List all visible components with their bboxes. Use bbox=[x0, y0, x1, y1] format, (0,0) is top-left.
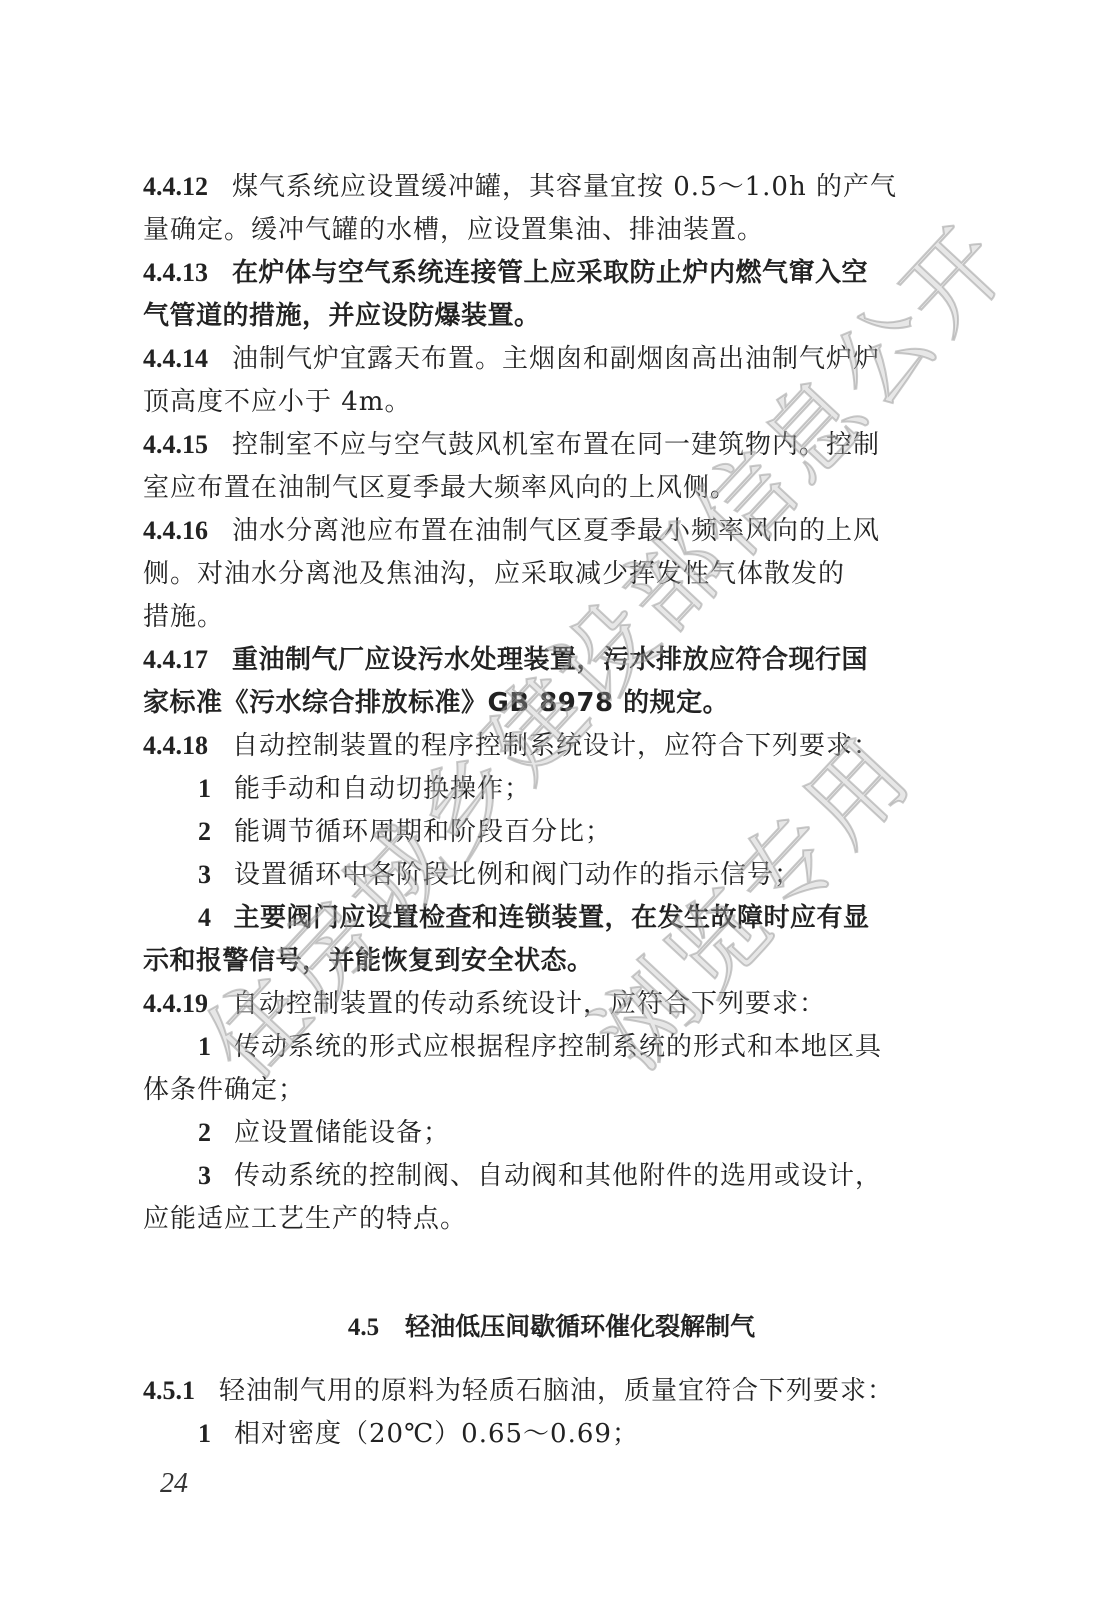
clause-4-4-15-line-1: 4.4.15控制室不应与空气鼓风机室布置在同一建筑物内。控制 bbox=[143, 428, 943, 462]
clause-4-4-18-line-1: 4.4.18自动控制装置的程序控制系统设计，应符合下列要求： bbox=[143, 729, 943, 763]
clause-4-4-17-line-1: 4.4.17重油制气厂应设污水处理装置，污水排放应符合现行国 bbox=[143, 643, 943, 677]
clause-4-5-1-item-1: 1相对密度（20℃）0.65～0.69； bbox=[198, 1417, 998, 1451]
clause-4-4-13-line-2: 气管道的措施，并应设防爆装置。 bbox=[143, 299, 943, 333]
clause-4-4-18-item-2: 2能调节循环周期和阶段百分比； bbox=[198, 815, 998, 849]
clause-4-4-18-item-1: 1能手动和自动切换操作； bbox=[198, 772, 998, 806]
clause-4-4-16-line-2: 侧。对油水分离池及焦油沟，应采取减少挥发性气体散发的 bbox=[143, 557, 943, 591]
clause-4-4-13-line-1: 4.4.13在炉体与空气系统连接管上应采取防止炉内燃气窜入空 bbox=[143, 256, 943, 290]
clause-4-4-16-line-1: 4.4.16油水分离池应布置在油制气区夏季最小频率风向的上风 bbox=[143, 514, 943, 548]
clause-4-4-17-line-2: 家标准《污水综合排放标准》GB 8978 的规定。 bbox=[143, 686, 943, 720]
section-heading: 4.5轻油低压间歇循环催化裂解制气 bbox=[0, 1310, 1103, 1345]
clause-4-4-12-line-2: 量确定。缓冲气罐的水槽，应设置集油、排油装置。 bbox=[143, 213, 943, 247]
clause-4-4-18-item-4-line-1: 4主要阀门应设置检查和连锁装置，在发生故障时应有显 bbox=[198, 901, 998, 935]
clause-4-5-1-line-1: 4.5.1轻油制气用的原料为轻质石脑油，质量宜符合下列要求： bbox=[143, 1374, 943, 1408]
clause-4-4-19-line-1: 4.4.19自动控制装置的传动系统设计，应符合下列要求： bbox=[143, 987, 943, 1021]
page-number: 24 bbox=[160, 1468, 188, 1500]
clause-4-4-19-item-3-line-2: 应能适应工艺生产的特点。 bbox=[143, 1202, 943, 1236]
document-page: 4.4.12煤气系统应设置缓冲罐，其容量宜按 0.5～1.0h 的产气 量确定。… bbox=[0, 0, 1103, 1598]
clause-4-4-14-line-2: 顶高度不应小于 4m。 bbox=[143, 385, 943, 419]
clause-4-4-14-line-1: 4.4.14油制气炉宜露天布置。主烟囱和副烟囱高出油制气炉炉 bbox=[143, 342, 943, 376]
clause-4-4-18-item-4-line-2: 示和报警信号，并能恢复到安全状态。 bbox=[143, 944, 943, 978]
clause-4-4-12-line-1: 4.4.12煤气系统应设置缓冲罐，其容量宜按 0.5～1.0h 的产气 bbox=[143, 170, 943, 204]
clause-4-4-19-item-2: 2应设置储能设备； bbox=[198, 1116, 998, 1150]
clause-4-4-15-line-2: 室应布置在油制气区夏季最大频率风向的上风侧。 bbox=[143, 471, 943, 505]
clause-4-4-18-item-3: 3设置循环中各阶段比例和阀门动作的指示信号； bbox=[198, 858, 998, 892]
clause-4-4-19-item-1-line-2: 体条件确定； bbox=[143, 1073, 943, 1107]
clause-4-4-19-item-3-line-1: 3传动系统的控制阀、自动阀和其他附件的选用或设计， bbox=[198, 1159, 998, 1193]
clause-4-4-19-item-1-line-1: 1传动系统的形式应根据程序控制系统的形式和本地区具 bbox=[198, 1030, 998, 1064]
clause-4-4-16-line-3: 措施。 bbox=[143, 600, 943, 634]
